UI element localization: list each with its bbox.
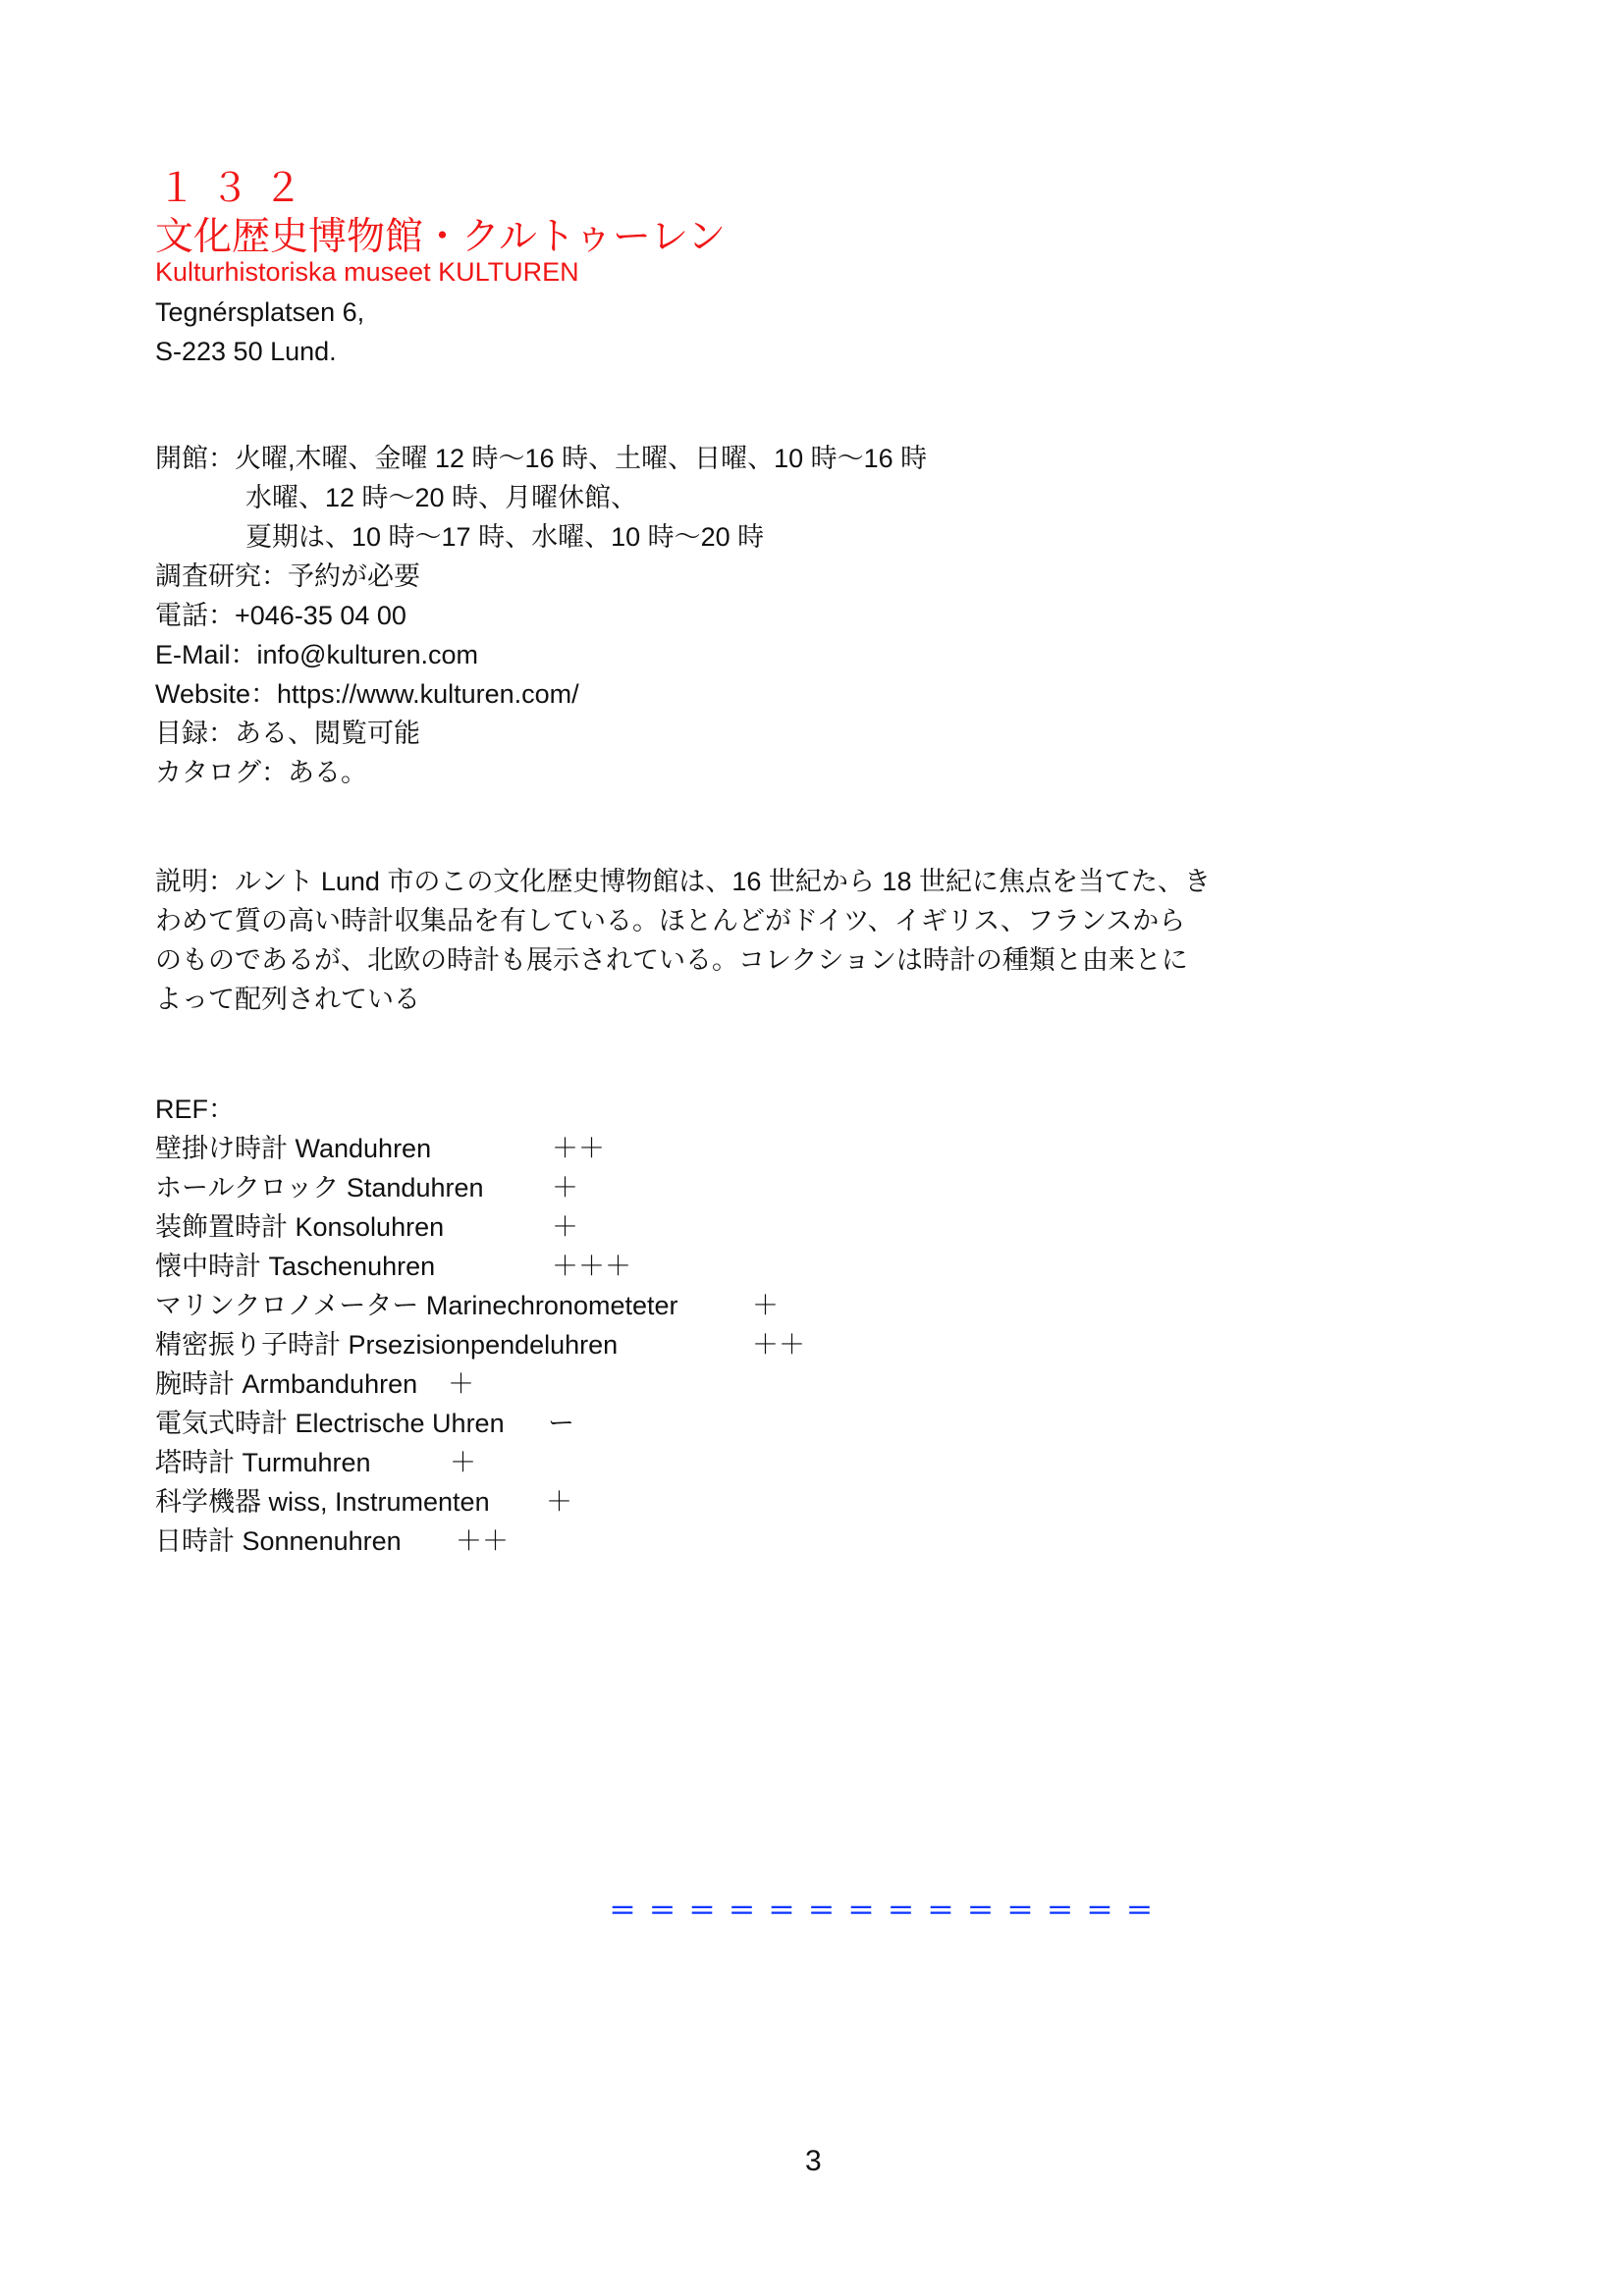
ref-item-rating: ＋＋ [752, 1325, 805, 1364]
ref-item-name: 科学機器 wiss, Instrumenten [155, 1487, 490, 1517]
ref-item-name: 精密振り子時計 Prsezisionpendeluhren [155, 1330, 618, 1360]
entry-number: １３２ [157, 157, 316, 213]
museum-title-swedish: Kulturhistoriska museet KULTUREN [155, 257, 579, 288]
opening-hours-label: 開館： [155, 444, 235, 473]
opening-hours-line-3: 夏期は、10 時〜17 時、水曜、10 時〜20 時 [155, 517, 927, 557]
document-page: １３２ 文化歴史博物館・クルトゥーレン Kulturhistoriska mus… [0, 0, 1623, 2296]
section-separator: ＝＝＝＝＝＝＝＝＝＝＝＝＝＝ [609, 1890, 1165, 1929]
ref-item-name: 電気式時計 Electrische Uhren [155, 1409, 505, 1438]
address-line-1: Tegnérsplatsen 6, [155, 293, 364, 332]
page-number: 3 [805, 2145, 822, 2178]
ref-item-name: 腕時計 Armbanduhren [155, 1369, 417, 1399]
ref-item: 塔時計 Turmuhren＋ [155, 1443, 678, 1482]
ref-item-rating: ＋ [552, 1207, 578, 1247]
address-line-2: S-223 50 Lund. [155, 332, 337, 371]
ref-item-rating: ＋ [448, 1364, 474, 1404]
ref-item-name: ホールクロック Standuhren [155, 1173, 484, 1202]
description-line: よって配列されている [155, 980, 1363, 1019]
ref-item: 精密振り子時計 Prsezisionpendeluhren＋＋ [155, 1325, 678, 1364]
ref-item: 懐中時計 Taschenuhren＋＋＋ [155, 1247, 678, 1286]
description-line: のものであるが、北欧の時計も展示されている。コレクションは時計の種類と由来とに [155, 940, 1363, 980]
ref-item-name: 日時計 Sonnenuhren [155, 1526, 402, 1556]
ref-item-rating: ＋ [552, 1168, 578, 1207]
ref-item-name: マリンクロノメーター Marinechronometeter [155, 1291, 678, 1320]
ref-item-rating: ＋ [450, 1443, 476, 1482]
opening-hours-line-2: 水曜、12 時〜20 時、月曜休館、 [155, 478, 927, 517]
description-line: 説明：ルント Lund 市のこの文化歴史博物館は、16 世紀から 18 世紀に焦… [155, 862, 1363, 901]
museum-title-japanese: 文化歴史博物館・クルトゥーレン [155, 206, 726, 261]
email-info: E-Mail：info@kulturen.com [155, 635, 927, 674]
ref-item: 装飾置時計 Konsoluhren＋ [155, 1207, 678, 1247]
ref-item: 日時計 Sonnenuhren＋＋ [155, 1522, 678, 1561]
ref-item-name: 壁掛け時計 Wanduhren [155, 1134, 431, 1163]
ref-item-name: 装飾置時計 Konsoluhren [155, 1212, 444, 1242]
catalog-index-info: 目録：ある、閲覧可能 [155, 714, 927, 753]
website-info: Website：https://www.kulturen.com/ [155, 674, 927, 714]
info-block: 開館：火曜,木曜、金曜 12 時〜16 時、土曜、日曜、10 時〜16 時 水曜… [155, 439, 927, 792]
ref-item-rating: ＋ [752, 1286, 779, 1325]
ref-item-name: 懐中時計 Taschenuhren [155, 1252, 435, 1281]
ref-item: ホールクロック Standuhren＋ [155, 1168, 678, 1207]
description-line: わめて質の高い時計収集品を有している。ほとんどがドイツ、イギリス、フランスから [155, 901, 1363, 940]
ref-item-rating: ＋＋ [552, 1129, 605, 1168]
ref-label: REF： [155, 1090, 678, 1129]
ref-item-name: 塔時計 Turmuhren [155, 1448, 371, 1477]
ref-item: 電気式時計 Electrische Uhrenー [155, 1404, 678, 1443]
description-block: 説明：ルント Lund 市のこの文化歴史博物館は、16 世紀から 18 世紀に焦… [155, 862, 1363, 1019]
ref-item-rating: ＋＋＋ [552, 1247, 631, 1286]
ref-item-rating: ー [548, 1404, 574, 1443]
ref-item: マリンクロノメーター Marinechronometeter＋ [155, 1286, 678, 1325]
opening-hours-line-1: 火曜,木曜、金曜 12 時〜16 時、土曜、日曜、10 時〜16 時 [235, 444, 927, 473]
catalog-info: カタログ：ある。 [155, 753, 927, 792]
ref-item: 腕時計 Armbanduhren＋ [155, 1364, 678, 1404]
ref-item-rating: ＋ [546, 1482, 572, 1522]
opening-hours-row: 開館：火曜,木曜、金曜 12 時〜16 時、土曜、日曜、10 時〜16 時 [155, 439, 927, 478]
ref-item: 壁掛け時計 Wanduhren＋＋ [155, 1129, 678, 1168]
ref-item-rating: ＋＋ [456, 1522, 509, 1561]
ref-item: 科学機器 wiss, Instrumenten＋ [155, 1482, 678, 1522]
ref-list: REF： 壁掛け時計 Wanduhren＋＋ ホールクロック Standuhre… [155, 1090, 678, 1561]
phone-info: 電話：+046-35 04 00 [155, 596, 927, 635]
research-info: 調査研究：予約が必要 [155, 557, 927, 596]
